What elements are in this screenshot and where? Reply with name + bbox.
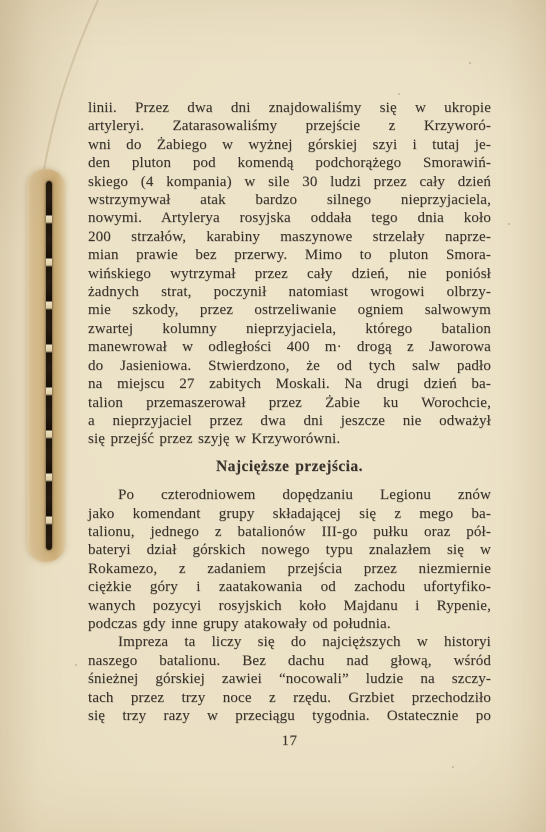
text-line: naszego batalionu. Bez dachu nad głową, … [88, 652, 491, 670]
paragraph: linii. Przez dwa dni znajdowaliśmy się w… [88, 99, 491, 449]
paragraph: Po czterodniowem dopędzaniu Legionu znów… [88, 486, 491, 633]
text-line: Rokamezo, z zadaniem przejścia przez nie… [88, 560, 491, 578]
text-line: wstrzymywał atak bardzo silnego nieprzyj… [88, 191, 491, 209]
text-line: wni do Żabiego w wyżnej górskiej szyi i … [88, 136, 491, 154]
text-line: do Jasieniowa. Stwierdzono, że od tych s… [88, 357, 491, 375]
scanned-book-page: linii. Przez dwa dni znajdowaliśmy się w… [0, 0, 546, 832]
text-line: podczas gdy inne grupy atakowały od połu… [88, 615, 491, 633]
paper-speck [469, 62, 471, 64]
text-line: 200 strzałów, karabiny maszynowe strzela… [88, 228, 491, 246]
text-line: wanych pozycyi rosyjskich koło Majdanu i… [88, 597, 491, 615]
text-line: mian prawie bez przerwy. Mimo to pluton … [88, 246, 491, 264]
text-line: się przejść przez szyję w Krzyworówni. [88, 430, 491, 448]
binding-strip [27, 169, 65, 562]
page-text-flow: linii. Przez dwa dni znajdowaliśmy się w… [88, 99, 491, 725]
text-line: na miejscu 27 zabitych Moskali. Na drugi… [88, 375, 491, 393]
paper-speck [452, 766, 454, 768]
text-line: Po czterodniowem dopędzaniu Legionu znów [88, 486, 491, 504]
text-line: a nieprzyjaciel przez dwa dni jeszcze ni… [88, 412, 491, 430]
text-line: talion przemaszerował przez Żabie ku Wor… [88, 394, 491, 412]
text-line: zwartej kolumny nieprzyjaciela, którego … [88, 320, 491, 338]
text-line: den pluton pod komendą podchorążego Smor… [88, 154, 491, 172]
paper-speck [398, 93, 400, 95]
text-line: tach przez trzy noce z rzędu. Grzbiet pr… [88, 689, 491, 707]
text-line: linii. Przez dwa dni znajdowaliśmy się w… [88, 99, 491, 117]
text-line: wińskiego wytrzymał przez cały dzień, ni… [88, 265, 491, 283]
text-line: śnieżnej górskiej zawiei “nocowali” ludz… [88, 670, 491, 688]
paper-speck [508, 223, 510, 225]
text-line: się trzy razy w przeciągu tygodnia. Osta… [88, 707, 491, 725]
section-heading: Najcięższe przejścia. [88, 458, 491, 476]
paragraph: Impreza ta liczy się do najcięższych w h… [88, 633, 491, 725]
text-line: żadnych strat, poczynił natomiast wrogow… [88, 283, 491, 301]
text-line: ciężkie góry i zaatakowania od zachodu u… [88, 578, 491, 596]
text-line: manewrował w odległości 400 m· drogą z J… [88, 338, 491, 356]
text-line: mie szkody, przez ostrzeliwanie ogniem s… [88, 301, 491, 319]
text-line: nowymi. Artylerya rosyjska oddała tego d… [88, 209, 491, 227]
text-line: jako komendant grupy składającej się z m… [88, 505, 491, 523]
text-line: bateryi dział górskich nowego typu znala… [88, 541, 491, 559]
text-line: Impreza ta liczy się do najcięższych w h… [88, 633, 491, 651]
text-line: skiego (4 kompania) w sile 30 ludzi prze… [88, 173, 491, 191]
text-line: artyleryi. Zatarasowaliśmy przejście z K… [88, 117, 491, 135]
page-number: 17 [88, 733, 491, 750]
binding-stitch-line [46, 181, 52, 550]
paper-speck [75, 664, 77, 666]
text-line: talionu, jednego z batalionów III-go puł… [88, 523, 491, 541]
